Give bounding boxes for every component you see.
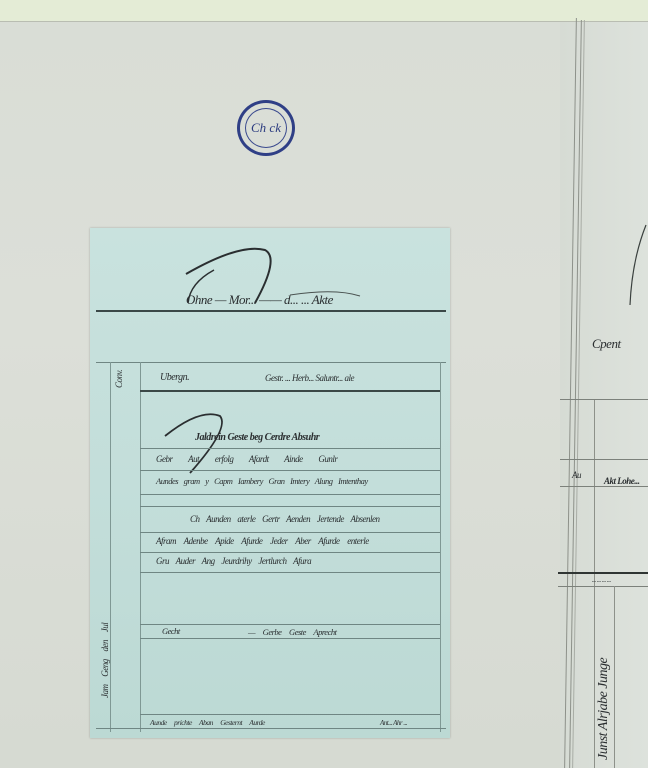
- title-line: Ohne — Mor... —— d... ... Akte: [186, 292, 333, 308]
- right-row-rule: [560, 399, 648, 400]
- paragraph-1-line-3: Aundes gram y Capm Iambery Gran Imtery A…: [156, 476, 368, 486]
- right-row-rule: [560, 459, 648, 460]
- right-vertical-signature: Junst Alrjabe Junge: [596, 658, 612, 760]
- line-rule: [140, 448, 440, 449]
- right-row-rule: [560, 486, 648, 487]
- right-flourish-icon: [624, 220, 648, 310]
- paragraph-2-line-2: Afram Adenbe Apide Afurde Jeder Aber Afu…: [156, 536, 369, 546]
- line-rule: [140, 532, 440, 533]
- right-col-rule: [594, 400, 595, 768]
- wall-strip: [0, 0, 648, 22]
- line-rule: [140, 572, 440, 573]
- ink-seal-icon: Ch ck: [237, 100, 295, 156]
- paragraph-1-line-2: Gebr Aut erfolg Afardt Ainde Gunlr: [156, 454, 337, 464]
- title-flourish-icon: [90, 228, 450, 328]
- row-rule: [140, 638, 440, 639]
- line-rule: [140, 494, 440, 495]
- right-row-left: Au: [572, 470, 581, 480]
- margin-note-bottom: Jam Geng den Jul: [100, 623, 110, 698]
- footer-rule: [140, 714, 440, 715]
- right-row-right: Akt Lohe...: [604, 476, 640, 486]
- sub-row-right: — Gerbe Geste Aprecht: [248, 627, 336, 637]
- footer-left: Aunde prichte Aban Gesternt Aurde: [150, 718, 265, 727]
- header-row-left: Ubergn.: [160, 372, 189, 383]
- header-row-right: Gestr. ... Herb... Saluntr... ale: [265, 373, 354, 383]
- line-rule: [140, 470, 440, 471]
- sub-row-left: Gecht: [162, 626, 180, 636]
- line-rule: [140, 506, 440, 507]
- seal-monogram: Ch ck: [245, 108, 287, 148]
- paragraph-1-line-1: Jaldrein Geste beg Cerdre Absuhr: [195, 432, 319, 443]
- title-rule: [96, 310, 446, 312]
- footer-rule: [96, 728, 446, 729]
- paragraph-2-line-1: Ch Aunden aterle Gertr Aenden Jertende A…: [190, 514, 379, 524]
- row-rule: [140, 624, 440, 625]
- header-rule: [140, 390, 440, 392]
- right-header-rule: [558, 572, 648, 574]
- paragraph-2-line-3: Gru Auder Ang Jeurdrihy Jertlurch Afura: [156, 556, 311, 566]
- right-script-top: Cpent: [592, 336, 621, 352]
- line-rule: [140, 552, 440, 553]
- right-col-rule: [614, 586, 615, 768]
- right-header-strip: ... ... ... ...: [592, 576, 611, 584]
- right-row-rule: [558, 586, 648, 587]
- handwritten-document: Ohne — Mor... —— d... ... Akte Conv. Ube…: [90, 228, 450, 738]
- footer-right: Ant... Ahr ...: [380, 719, 407, 727]
- row-rule: [96, 362, 446, 363]
- margin-note-top: Conv.: [114, 370, 124, 388]
